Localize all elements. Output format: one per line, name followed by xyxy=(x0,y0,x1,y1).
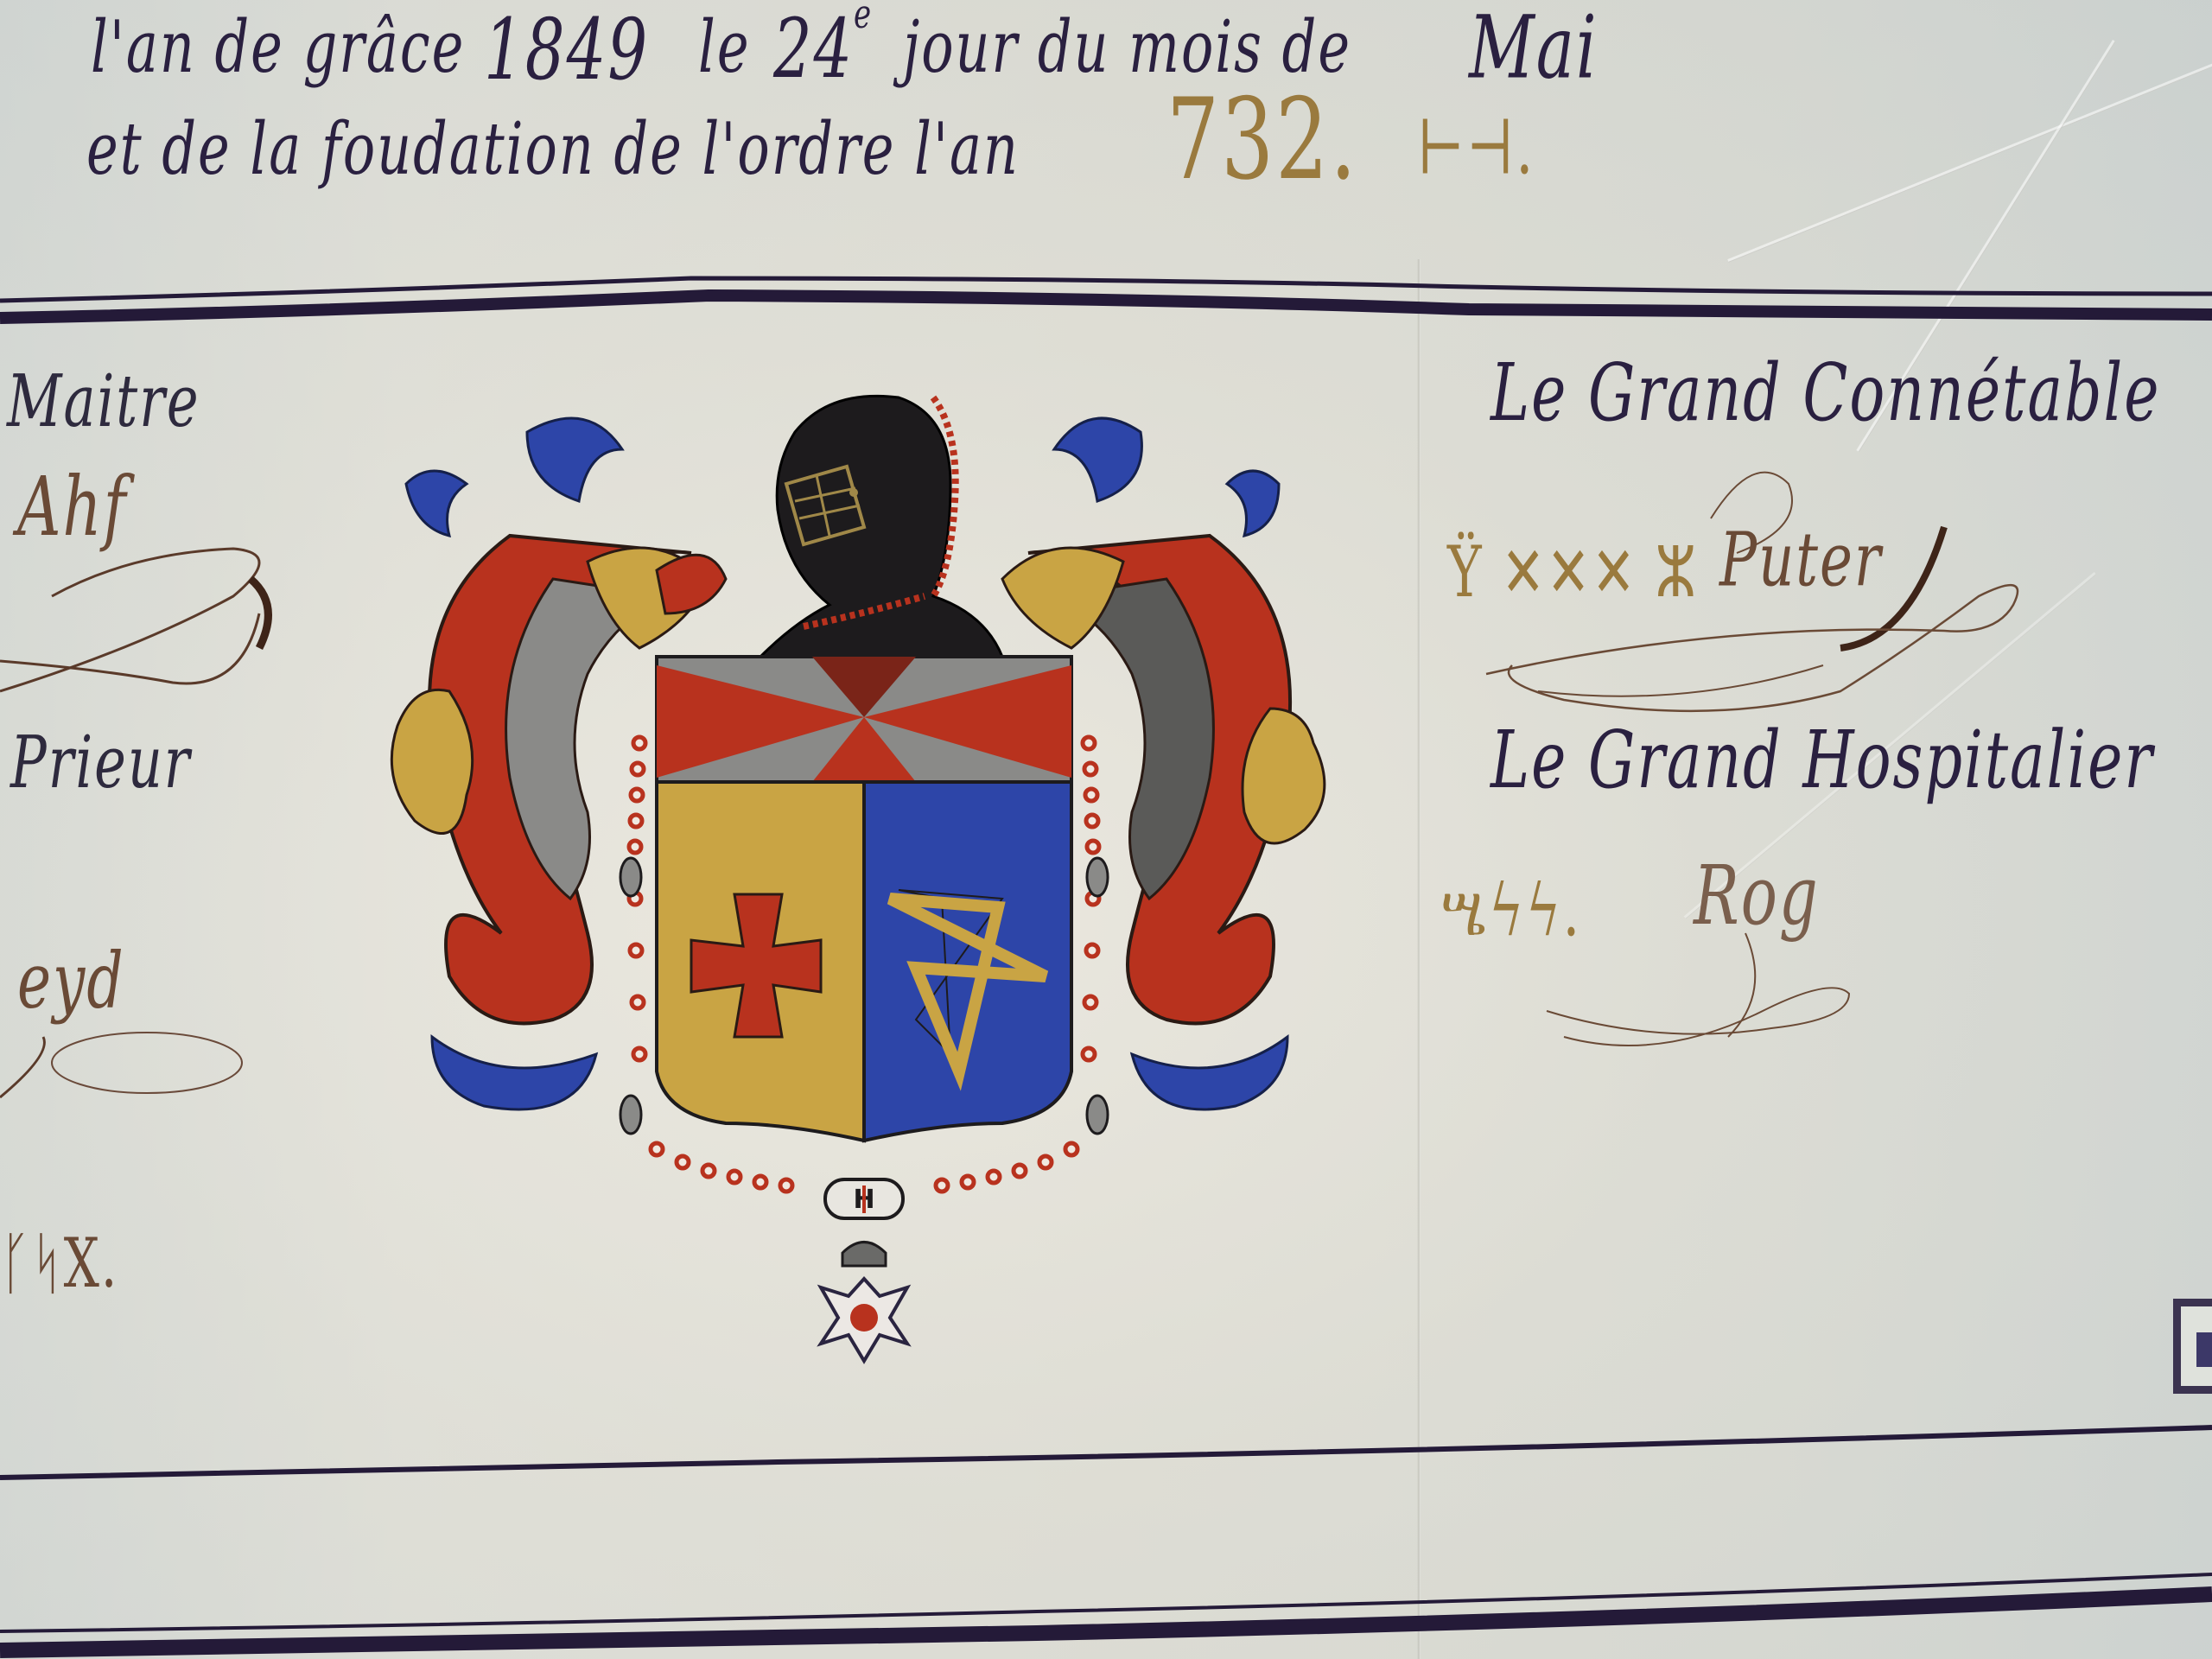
right-title-hospitalier: Le Grand Hospitalier xyxy=(1491,715,2154,807)
knight-helmet xyxy=(760,396,1002,657)
header-order-year: 732. xyxy=(1166,74,1358,205)
header-day: 24 xyxy=(773,1,854,97)
header-month: Mai xyxy=(1469,0,1599,99)
crown-icon xyxy=(842,1243,886,1267)
header-year: 1849 xyxy=(484,1,649,99)
header-le: le xyxy=(698,3,751,89)
header-cipher-mark: ⊢⊣. xyxy=(1417,105,1535,192)
top-double-rule xyxy=(0,259,2212,337)
left-title-maitre: Maitre xyxy=(7,358,200,443)
left-title-prieur: Prieur xyxy=(10,719,191,804)
right-signature-flourish-2 xyxy=(1486,907,1935,1080)
left-signature-2: eyd xyxy=(17,936,125,1026)
left-cipher-mark: ᚴᛋX. xyxy=(0,1224,118,1303)
left-signature-flourish-1 xyxy=(0,518,285,726)
right-signature-flourish-1 xyxy=(1460,449,2065,734)
stamp-mark xyxy=(2173,1299,2212,1394)
header-prefix: l'an de grâce xyxy=(91,3,465,89)
order-pendant: H xyxy=(821,1179,907,1361)
header-day-suffix: e xyxy=(854,0,873,38)
header-foundation: et de la foudation de l'ordre l'an xyxy=(86,105,1020,191)
right-title-connetable: Le Grand Connétable xyxy=(1491,347,2161,440)
coat-of-arms: H xyxy=(380,380,1348,1400)
shield xyxy=(657,657,1071,1141)
bottom-rules xyxy=(0,1417,2212,1659)
left-signature-flourish-2 xyxy=(0,1020,259,1141)
